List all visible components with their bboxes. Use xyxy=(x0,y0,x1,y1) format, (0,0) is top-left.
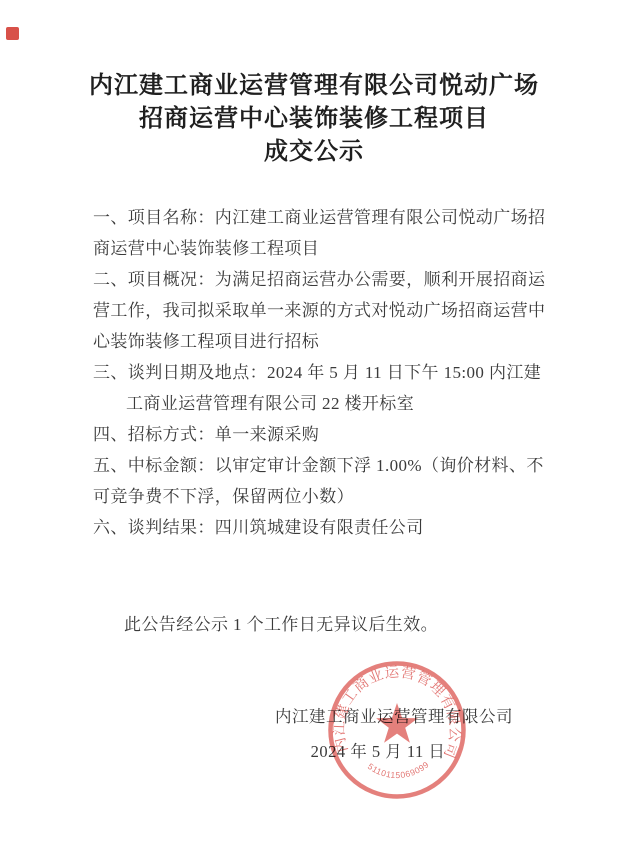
title-line-3: 成交公示 xyxy=(0,135,628,168)
company-seal: 内江建工商业运营管理有限公司 5110115069099 xyxy=(326,659,468,801)
clause-5-continued: 可竞争费不下浮，保留两位小数） xyxy=(93,481,545,512)
clause-6-result: 六、谈判结果：四川筑城建设有限责任公司 xyxy=(93,512,545,543)
clause-2-continued-2: 心装饰装修工程项目进行招标 xyxy=(93,326,545,357)
clause-1-project-name: 一、项目名称：内江建工商业运营管理有限公司悦动广场招 xyxy=(93,202,545,233)
clause-5-award-amount: 五、中标金额：以审定审计金额下浮 1.00%（询价材料、不 xyxy=(93,450,545,481)
clause-2-project-overview: 二、项目概况：为满足招商运营办公需要，顺利开展招商运 xyxy=(93,264,545,295)
document-title: 内江建工商业运营管理有限公司悦动广场 招商运营中心装饰装修工程项目 成交公示 xyxy=(0,69,628,168)
company-seal-graphic: 内江建工商业运营管理有限公司 5110115069099 xyxy=(326,659,468,801)
body-clauses: 一、项目名称：内江建工商业运营管理有限公司悦动广场招 商运营中心装饰装修工程项目… xyxy=(93,202,545,543)
clause-2-continued: 营工作，我司拟采取单一来源的方式对悦动广场招商运营中 xyxy=(93,295,545,326)
title-line-2: 招商运营中心装饰装修工程项目 xyxy=(0,102,628,135)
title-line-1: 内江建工商业运营管理有限公司悦动广场 xyxy=(0,69,628,102)
effectiveness-statement: 此公告经公示 1 个工作日无异议后生效。 xyxy=(124,610,438,635)
clause-4-bidding-method: 四、招标方式：单一来源采购 xyxy=(93,419,545,450)
seal-number: 5110115069099 xyxy=(366,759,431,780)
clause-3-date-location: 三、谈判日期及地点：2024 年 5 月 11 日下午 15:00 内江建 xyxy=(93,357,545,388)
seal-star-icon xyxy=(376,703,418,743)
document-page: 内江建工商业运营管理有限公司悦动广场 招商运营中心装饰装修工程项目 成交公示 一… xyxy=(0,0,628,854)
clause-1-continued: 商运营中心装饰装修工程项目 xyxy=(93,233,545,264)
stamp-fragment-mark xyxy=(6,27,19,40)
clause-3-continued: 工商业运营管理有限公司 22 楼开标室 xyxy=(93,388,545,419)
